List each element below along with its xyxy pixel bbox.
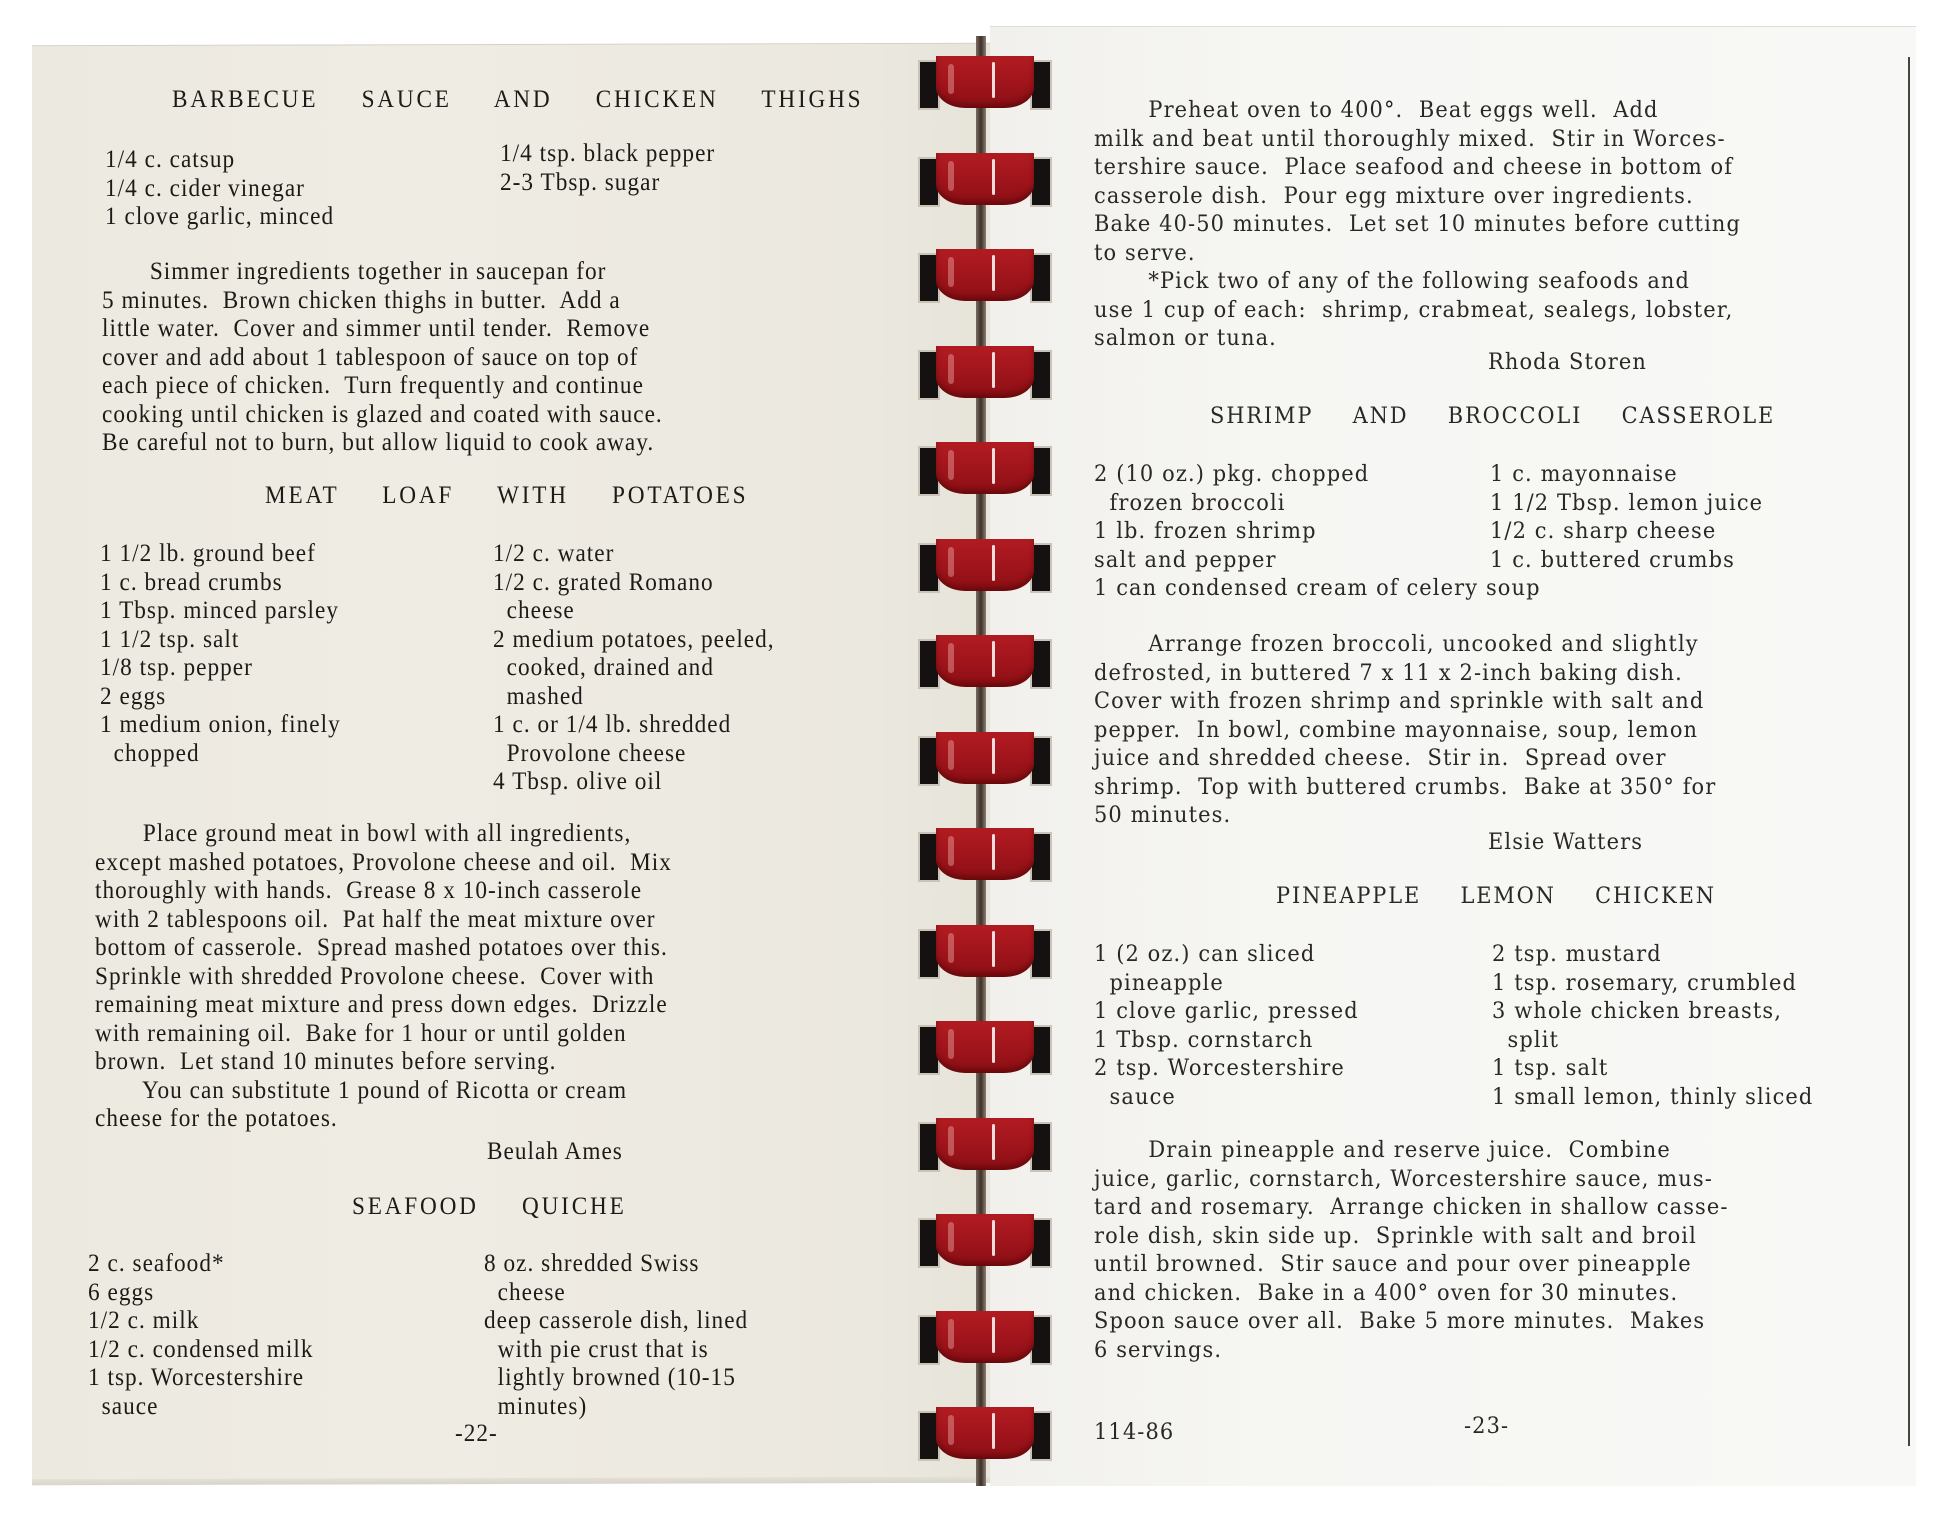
text-line: remaining meat mixture and press down ed… xyxy=(95,991,672,1020)
text-line: frozen broccoli xyxy=(1094,489,1541,518)
text-line: juice, garlic, cornstarch, Worcestershir… xyxy=(1094,1165,1729,1194)
ring-highlight xyxy=(992,545,995,581)
binding-ring xyxy=(918,249,1052,307)
text-line: 1 c. or 1/4 lb. shredded xyxy=(493,711,775,740)
directions-barbecue: Simmer ingredients together in saucepan … xyxy=(102,258,663,458)
text-line: Simmer ingredients together in saucepan … xyxy=(102,258,663,287)
ring-highlight xyxy=(948,257,954,287)
text-line: with 2 tablespoons oil. Pat half the mea… xyxy=(95,906,672,935)
ring-highlight xyxy=(948,450,954,480)
ring-highlight xyxy=(948,1126,954,1156)
text-line: thoroughly with hands. Grease 8 x 10-inc… xyxy=(95,877,672,906)
ring-highlight xyxy=(948,1319,954,1349)
binding-ring xyxy=(918,1214,1052,1272)
recipe-title-barbecue-chicken: BARBECUE SAUCE AND CHICKEN THIGHS xyxy=(172,86,863,115)
binding-ring xyxy=(918,1021,1052,1079)
text-line: 1 tsp. salt xyxy=(1492,1054,1813,1083)
text-line: Cover with frozen shrimp and sprinkle wi… xyxy=(1094,687,1716,716)
text-line: 1/2 c. condensed milk xyxy=(88,1336,314,1365)
ingredients-left-barbecue: 1/4 c. catsup1/4 c. cider vinegar1 clove… xyxy=(105,146,334,232)
text-line: lightly browned (10-15 xyxy=(484,1364,748,1393)
text-line: mashed xyxy=(493,683,775,712)
text-line: tershire sauce. Place seafood and cheese… xyxy=(1094,153,1741,182)
text-line: 2 medium potatoes, peeled, xyxy=(493,626,775,655)
ingredients-right-pineapple: 2 tsp. mustard1 tsp. rosemary, crumbled3… xyxy=(1492,940,1813,1111)
binding-ring xyxy=(918,442,1052,500)
ring-highlight xyxy=(992,1317,995,1353)
text-line: minutes) xyxy=(484,1393,748,1422)
text-line: brown. Let stand 10 minutes before servi… xyxy=(95,1048,672,1077)
recipe-title-seafood-quiche: SEAFOOD QUICHE xyxy=(352,1193,627,1222)
binding-ring xyxy=(918,153,1052,211)
ring-highlight xyxy=(992,352,995,388)
ingredients-left-meat-loaf: 1 1/2 lb. ground beef1 c. bread crumbs1 … xyxy=(100,540,341,768)
text-line: 5 minutes. Brown chicken thighs in butte… xyxy=(102,287,663,316)
recipe-title-meat-loaf: MEAT LOAF WITH POTATOES xyxy=(265,482,748,511)
recipe-title-pineapple-chicken: PINEAPPLE LEMON CHICKEN xyxy=(1276,882,1716,911)
text-line: shrimp. Top with buttered crumbs. Bake a… xyxy=(1094,773,1716,802)
text-line: sauce xyxy=(88,1393,314,1422)
recipe-title-shrimp-broccoli: SHRIMP AND BROCCOLI CASSEROLE xyxy=(1210,402,1775,431)
text-line: milk and beat until thoroughly mixed. St… xyxy=(1094,125,1741,154)
text-line: *Pick two of any of the following seafoo… xyxy=(1094,267,1741,296)
text-line: 2 (10 oz.) pkg. chopped xyxy=(1094,460,1541,489)
text-line: until browned. Stir sauce and pour over … xyxy=(1094,1250,1729,1279)
text-line: 1/2 c. milk xyxy=(88,1307,314,1336)
text-line: 1 Tbsp. minced parsley xyxy=(100,597,341,626)
ring-highlight xyxy=(948,740,954,770)
directions-pineapple: Drain pineapple and reserve juice. Combi… xyxy=(1094,1136,1729,1364)
directions-meat-loaf: Place ground meat in bowl with all ingre… xyxy=(95,820,672,1134)
text-line: Sprinkle with shredded Provolone cheese.… xyxy=(95,963,672,992)
author-beulah-ames: Beulah Ames xyxy=(487,1138,623,1167)
text-line: 1/2 c. sharp cheese xyxy=(1490,517,1763,546)
ring-highlight xyxy=(992,448,995,484)
text-line: Place ground meat in bowl with all ingre… xyxy=(95,820,672,849)
text-line: Preheat oven to 400°. Beat eggs well. Ad… xyxy=(1094,96,1741,125)
ring-highlight xyxy=(992,641,995,677)
text-line: 1 c. mayonnaise xyxy=(1490,460,1763,489)
text-line: 1 clove garlic, minced xyxy=(105,203,334,232)
text-line: cheese xyxy=(493,597,775,626)
text-line: 1 Tbsp. cornstarch xyxy=(1094,1026,1359,1055)
text-line: 1 clove garlic, pressed xyxy=(1094,997,1359,1026)
page-edge-shadow xyxy=(32,1477,992,1486)
text-line: sauce xyxy=(1094,1083,1359,1112)
text-line: cheese xyxy=(484,1279,748,1308)
text-line: casserole dish. Pour egg mixture over in… xyxy=(1094,182,1741,211)
ring-highlight xyxy=(992,1124,995,1160)
text-line: 3 whole chicken breasts, xyxy=(1492,997,1813,1026)
text-line: 1 tsp. rosemary, crumbled xyxy=(1492,969,1813,998)
ring-highlight xyxy=(992,62,995,98)
ring-highlight xyxy=(992,738,995,774)
directions-quiche-continued: Preheat oven to 400°. Beat eggs well. Ad… xyxy=(1094,96,1741,353)
text-line: role dish, skin side up. Sprinkle with s… xyxy=(1094,1222,1729,1251)
text-line: 1 (2 oz.) can sliced xyxy=(1094,940,1359,969)
text-line: cover and add about 1 tablespoon of sauc… xyxy=(102,344,663,373)
text-line: 1 can condensed cream of celery soup xyxy=(1094,574,1541,603)
text-line: 6 servings. xyxy=(1094,1336,1729,1365)
ring-highlight xyxy=(992,834,995,870)
text-line: 1/8 tsp. pepper xyxy=(100,654,341,683)
page-number-right: -23- xyxy=(1464,1412,1509,1441)
text-line: 1/4 c. cider vinegar xyxy=(105,175,334,204)
directions-shrimp: Arrange frozen broccoli, uncooked and sl… xyxy=(1094,630,1716,830)
text-line: 1 1/2 Tbsp. lemon juice xyxy=(1490,489,1763,518)
text-line: 8 oz. shredded Swiss xyxy=(484,1250,748,1279)
text-line: 1 lb. frozen shrimp xyxy=(1094,517,1541,546)
ring-highlight xyxy=(992,159,995,195)
binding-ring xyxy=(918,1407,1052,1465)
text-line: pineapple xyxy=(1094,969,1359,998)
text-line: 1/2 c. water xyxy=(493,540,775,569)
text-line: Bake 40-50 minutes. Let set 10 minutes b… xyxy=(1094,210,1741,239)
ring-highlight xyxy=(948,836,954,866)
ring-highlight xyxy=(948,161,954,191)
ingredients-left-quiche: 2 c. seafood*6 eggs1/2 c. milk1/2 c. con… xyxy=(88,1250,314,1421)
text-line: Be careful not to burn, but allow liquid… xyxy=(102,429,663,458)
text-line: 4 Tbsp. olive oil xyxy=(493,768,775,797)
text-line: 1/4 tsp. black pepper xyxy=(500,140,715,169)
ring-highlight xyxy=(992,255,995,291)
text-line: 1 c. bread crumbs xyxy=(100,569,341,598)
text-line: each piece of chicken. Turn frequently a… xyxy=(102,372,663,401)
ring-highlight xyxy=(992,1220,995,1256)
ring-highlight xyxy=(948,1222,954,1252)
text-line: Provolone cheese xyxy=(493,740,775,769)
text-line: 1 medium onion, finely xyxy=(100,711,341,740)
binding-ring xyxy=(918,539,1052,597)
page-number-left: -22- xyxy=(455,1420,498,1449)
binding-ring xyxy=(918,1311,1052,1369)
text-line: Arrange frozen broccoli, uncooked and sl… xyxy=(1094,630,1716,659)
text-line: and chicken. Bake in a 400° oven for 30 … xyxy=(1094,1279,1729,1308)
text-line: You can substitute 1 pound of Ricotta or… xyxy=(95,1077,672,1106)
text-line: cooking until chicken is glazed and coat… xyxy=(102,401,663,430)
binding-ring xyxy=(918,635,1052,693)
text-line: 50 minutes. xyxy=(1094,801,1716,830)
text-line: 6 eggs xyxy=(88,1279,314,1308)
text-line: to serve. xyxy=(1094,239,1741,268)
ingredients-left-pineapple: 1 (2 oz.) can sliced pineapple1 clove ga… xyxy=(1094,940,1359,1111)
ingredients-right-quiche: 8 oz. shredded Swiss cheesedeep casserol… xyxy=(484,1250,748,1421)
text-line: Drain pineapple and reserve juice. Combi… xyxy=(1094,1136,1729,1165)
ring-highlight xyxy=(992,931,995,967)
binding-ring xyxy=(918,732,1052,790)
ring-highlight xyxy=(992,1413,995,1449)
ring-highlight xyxy=(948,354,954,384)
text-line: tard and rosemary. Arrange chicken in sh… xyxy=(1094,1193,1729,1222)
text-line: split xyxy=(1492,1026,1813,1055)
ring-highlight xyxy=(948,64,954,94)
text-line: 2 tsp. Worcestershire xyxy=(1094,1054,1359,1083)
text-line: 1/4 c. catsup xyxy=(105,146,334,175)
ingredients-right-barbecue: 1/4 tsp. black pepper2-3 Tbsp. sugar xyxy=(500,140,715,197)
text-line: 1 1/2 lb. ground beef xyxy=(100,540,341,569)
text-line: little water. Cover and simmer until ten… xyxy=(102,315,663,344)
text-line: 1 small lemon, thinly sliced xyxy=(1492,1083,1813,1112)
text-line: cooked, drained and xyxy=(493,654,775,683)
ring-highlight xyxy=(948,1029,954,1059)
ring-highlight xyxy=(948,643,954,673)
text-line: 1 c. buttered crumbs xyxy=(1490,546,1763,575)
text-line: pepper. In bowl, combine mayonnaise, sou… xyxy=(1094,716,1716,745)
text-line: except mashed potatoes, Provolone cheese… xyxy=(95,849,672,878)
text-line: 2 eggs xyxy=(100,683,341,712)
text-line: chopped xyxy=(100,740,341,769)
ingredients-right-shrimp: 1 c. mayonnaise1 1/2 Tbsp. lemon juice1/… xyxy=(1490,460,1763,574)
text-line: Spoon sauce over all. Bake 5 more minute… xyxy=(1094,1307,1729,1336)
text-line: 1 1/2 tsp. salt xyxy=(100,626,341,655)
binding-ring xyxy=(918,56,1052,114)
binding-ring xyxy=(918,828,1052,886)
binding-ring xyxy=(918,1118,1052,1176)
footer-code: 114-86 xyxy=(1094,1418,1174,1447)
text-line: with pie crust that is xyxy=(484,1336,748,1365)
ingredients-right-meat-loaf: 1/2 c. water1/2 c. grated Romano cheese2… xyxy=(493,540,775,797)
text-line: bottom of casserole. Spread mashed potat… xyxy=(95,934,672,963)
text-line: 2 c. seafood* xyxy=(88,1250,314,1279)
text-line: salt and pepper xyxy=(1094,546,1541,575)
text-line: juice and shredded cheese. Stir in. Spre… xyxy=(1094,744,1716,773)
ring-highlight xyxy=(992,1027,995,1063)
ring-highlight xyxy=(948,547,954,577)
binding-ring xyxy=(918,346,1052,404)
ring-highlight xyxy=(948,1415,954,1445)
binding-ring xyxy=(918,925,1052,983)
ingredients-left-shrimp: 2 (10 oz.) pkg. chopped frozen broccoli1… xyxy=(1094,460,1541,603)
text-line: with remaining oil. Bake for 1 hour or u… xyxy=(95,1020,672,1049)
text-line: 1 tsp. Worcestershire xyxy=(88,1364,314,1393)
text-line: use 1 cup of each: shrimp, crabmeat, sea… xyxy=(1094,296,1741,325)
text-line: 2 tsp. mustard xyxy=(1492,940,1813,969)
text-line: 2-3 Tbsp. sugar xyxy=(500,169,715,198)
text-line: deep casserole dish, lined xyxy=(484,1307,748,1336)
author-rhoda-storen: Rhoda Storen xyxy=(1488,348,1647,377)
ring-highlight xyxy=(948,933,954,963)
text-line: cheese for the potatoes. xyxy=(95,1105,672,1134)
text-line: 1/2 c. grated Romano xyxy=(493,569,775,598)
text-line: defrosted, in buttered 7 x 11 x 2-inch b… xyxy=(1094,659,1716,688)
author-elsie-watters: Elsie Watters xyxy=(1488,828,1643,857)
